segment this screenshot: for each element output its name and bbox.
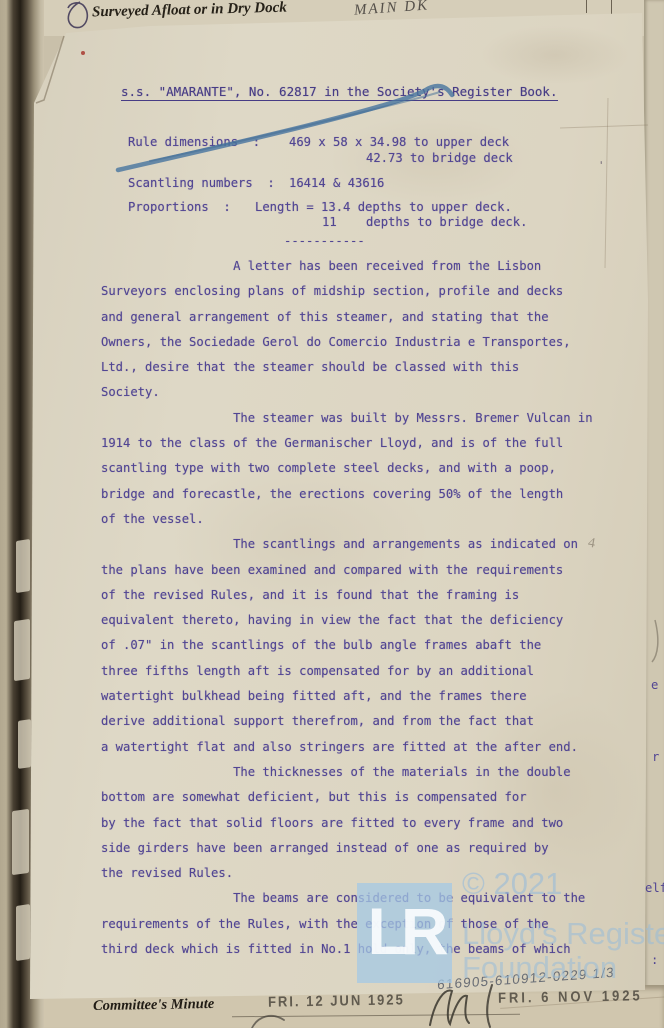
separator-dashes: -----------: [284, 234, 365, 248]
paragraph-3: The scantlings and arrangements as indic…: [101, 532, 593, 760]
letter-body: A letter has been received from the Lisb…: [101, 254, 593, 962]
rule-dimensions-value-line2: 42.73 to bridge deck: [366, 151, 513, 165]
committees-minute-label: Committee's Minute: [93, 996, 215, 1015]
overleaf-table-line: [611, 0, 612, 14]
scantling-numbers-value: 16414 & 43616: [289, 176, 384, 190]
overleaf-table-line: [586, 0, 587, 13]
scanned-document-page: { "colors": { "paper": "#dcd5c2", "under…: [0, 0, 664, 1028]
edge-text-fragment: elf: [645, 881, 664, 895]
edge-text-fragment: :: [651, 953, 658, 967]
proportions-label: Proportions :: [128, 200, 231, 214]
paragraph-2: The steamer was built by Messrs. Bremer …: [101, 406, 593, 532]
scantling-numbers-label: Scantling numbers :: [128, 176, 275, 190]
date-stamp-jun: FRI. 12 JUN 1925: [268, 991, 405, 1010]
ink-tick-mark: ʹ: [600, 158, 602, 173]
document-title: s.s. "AMARANTE", No. 62817 in the Societ…: [121, 84, 558, 101]
paragraph-5: The beams are considered to be equivalen…: [101, 886, 593, 962]
rule-dimensions-label: Rule dimensions :: [128, 135, 260, 149]
paragraph-4: The thicknesses of the materials in the …: [101, 760, 593, 886]
edge-text-fragment: e: [651, 678, 658, 692]
rule-dimensions-value-line1: 469 x 58 x 34.98 to upper deck: [289, 135, 509, 149]
red-ink-dot: [81, 51, 85, 55]
paragraph-1: A letter has been received from the Lisb…: [101, 254, 593, 406]
proportions-value-line2: 11 depths to bridge deck.: [322, 215, 527, 229]
proportions-value-line1: Length = 13.4 depths to upper deck.: [255, 200, 512, 214]
edge-text-fragment: r: [652, 750, 659, 764]
date-stamp-nov: FRI. 6 NOV 1925: [498, 987, 643, 1006]
